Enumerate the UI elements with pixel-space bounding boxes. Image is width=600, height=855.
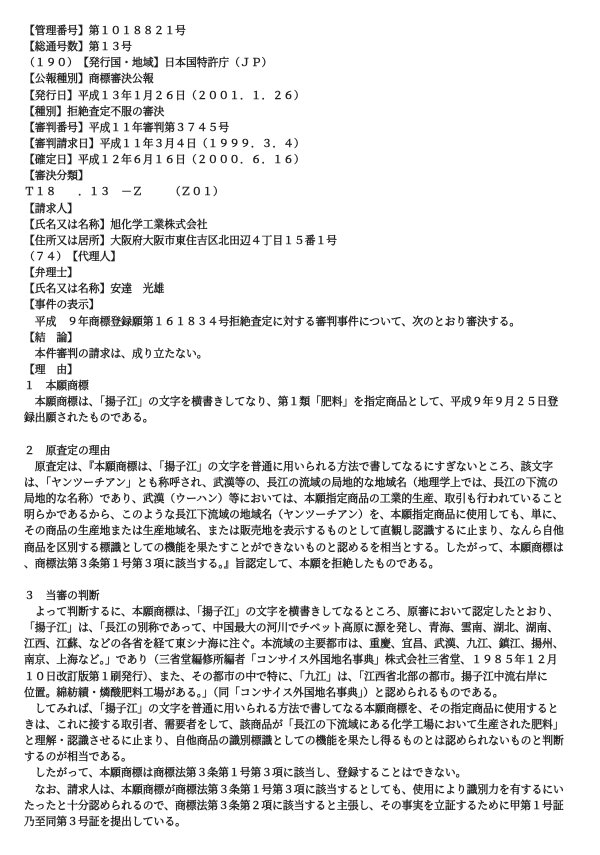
text-line: 本件審判の請求は、成り立たない。 bbox=[24, 346, 580, 362]
blank-line bbox=[24, 427, 580, 443]
text-line: ２ 原査定の理由 bbox=[24, 443, 580, 459]
text-line: 位置。綿紡績・燐酸肥料工場がある。」（同「コンサイス外国地名事典」）と認められる… bbox=[24, 685, 580, 701]
text-line: １０日改訂版第１刷発行）、また、その都市の中で特に、「九江」は、「江西省北部の都… bbox=[24, 669, 580, 685]
text-line: 商品を区別する標識としての機能を果たすことができないものと認めるを相当とする。し… bbox=[24, 540, 580, 556]
text-line: 乃至同第３号証を提出している。 bbox=[24, 814, 580, 830]
text-line: 【確定日】平成１２年６月１６日（２０００．６．１６） bbox=[24, 152, 580, 168]
text-line: 【住所又は居所】大阪府大阪市東住吉区北田辺４丁目１５番１号 bbox=[24, 233, 580, 249]
section-conclusion: 【結 論】 本件審判の請求は、成り立たない。 bbox=[24, 330, 580, 362]
text-line: 【発行日】平成１３年１月２６日（２００１．１．２６） bbox=[24, 88, 580, 104]
text-line: （１９０） 【発行国・地域】日本国特許庁（ＪＰ） bbox=[24, 55, 580, 71]
text-line: 原査定は、『本願商標は、「揚子江」の文字を普通に用いられる方法で書してなるにすぎ… bbox=[24, 459, 580, 475]
text-line: 「揚子江」は、「長江の別称であって、中国最大の河川でチベット高原に源を発し、青海… bbox=[24, 620, 580, 636]
text-line: 【審判番号】平成１１年審判第３７４５号 bbox=[24, 120, 580, 136]
text-line: 【管理番号】第１０１８８２１号 bbox=[24, 23, 580, 39]
text-line: 【氏名又は名称】安達 光雄 bbox=[24, 281, 580, 297]
text-line: よって判断するに、本願商標は、「揚子江」の文字を横書きしてなるところ、原審におい… bbox=[24, 604, 580, 620]
text-line: その商品の生産地または生産地域名、または販売地を表示するものとして直観し認識する… bbox=[24, 523, 580, 539]
text-line: 【事件の表示】 bbox=[24, 297, 580, 313]
section-case-title: 【事件の表示】 平成 ９年商標登録願第１６１８３４号拒絶査定に対する審判事件につ… bbox=[24, 297, 580, 329]
text-line: 録出願されたものである。 bbox=[24, 410, 580, 426]
text-line: 、商標法第３条第１号第３項に該当する。』旨認定して、本願を拒絶したものである。 bbox=[24, 556, 580, 572]
text-line: 【総通号数】第１３号 bbox=[24, 39, 580, 55]
text-line: Ｔ１８ ．１３ －Ｚ （Ｚ０１） bbox=[24, 184, 580, 200]
text-line: 局地的な名称）であり、武漢（ウーハン）等においては、本願指定商品の工業的生産、取… bbox=[24, 491, 580, 507]
text-line: するのが相当である。 bbox=[24, 749, 580, 765]
text-line: 本願商標は、「揚子江」の文字を横書きしてなり、第１類「肥料」を指定商品として、平… bbox=[24, 394, 580, 410]
text-line: 【理 由】 bbox=[24, 362, 580, 378]
section-parties: 【請求人】【氏名又は名称】旭化学工業株式会社【住所又は居所】大阪府大阪市東住吉区… bbox=[24, 201, 580, 298]
document-body: 【管理番号】第１０１８８２１号【総通号数】第１３号（１９０） 【発行国・地域】日… bbox=[24, 23, 580, 830]
text-line: １ 本願商標 bbox=[24, 378, 580, 394]
text-line: は、「ヤンツーチアン」とも称呼され、武漢等の、長江の流域の局地的な地域名（地理学… bbox=[24, 475, 580, 491]
text-line: 平成 ９年商標登録願第１６１８３４号拒絶査定に対する審判事件について、次のとおり… bbox=[24, 314, 580, 330]
text-line: 【請求人】 bbox=[24, 201, 580, 217]
text-line: したがって、本願商標は商標法第３条第１号第３項に該当し、登録することはできない。 bbox=[24, 765, 580, 781]
text-line: と理解・認識させるに止まり、自他商品の識別標識としての機能を果たし得るものとは認… bbox=[24, 733, 580, 749]
text-line: 江西、江蘇、などの各省を経て東シナ海に注ぐ。本流域の主要都市は、重慶、宜昌、武漢… bbox=[24, 636, 580, 652]
gazette-page: 【管理番号】第１０１８８２１号【総通号数】第１３号（１９０） 【発行国・地域】日… bbox=[0, 0, 600, 855]
text-line: 【弁理士】 bbox=[24, 265, 580, 281]
text-line: 【審決分類】 bbox=[24, 168, 580, 184]
text-line: たったと十分認められるので、商標法第３条第２項に該当すると主張し、その事実を立証… bbox=[24, 798, 580, 814]
text-line: 明らかであるから、このような長江下流域の地域名（ヤンツーチアン）を、本願指定商品… bbox=[24, 507, 580, 523]
section-gazette-header: 【管理番号】第１０１８８２１号【総通号数】第１３号（１９０） 【発行国・地域】日… bbox=[24, 23, 580, 201]
text-line: 【種別】拒絶査定不服の審決 bbox=[24, 104, 580, 120]
text-line: 【審判請求日】平成１１年３月４日（１９９９．３．４） bbox=[24, 136, 580, 152]
blank-line bbox=[24, 572, 580, 588]
text-line: 南京、上海など。」であり（三省堂編修所編者「コンサイス外国地名事典」株式会社三省… bbox=[24, 652, 580, 668]
text-line: （７４） 【代理人】 bbox=[24, 249, 580, 265]
text-line: 【氏名又は名称】旭化学工業株式会社 bbox=[24, 217, 580, 233]
text-line: ３ 当審の判断 bbox=[24, 588, 580, 604]
text-line: きは、これに接する取引者、需要者をして、該商品が「長江の下流域にある化学工場にお… bbox=[24, 717, 580, 733]
text-line: してみれば、「揚子江」の文字を普通に用いられる方法で書してなる本願商標を、その指… bbox=[24, 701, 580, 717]
text-line: 【公報種別】商標審決公報 bbox=[24, 71, 580, 87]
section-reasons: 【理 由】１ 本願商標 本願商標は、「揚子江」の文字を横書きしてなり、第１類「肥… bbox=[24, 362, 580, 830]
text-line: 【結 論】 bbox=[24, 330, 580, 346]
text-line: なお、請求人は、本願商標が商標法第３条第１号第３項に該当するとしても、使用により… bbox=[24, 782, 580, 798]
